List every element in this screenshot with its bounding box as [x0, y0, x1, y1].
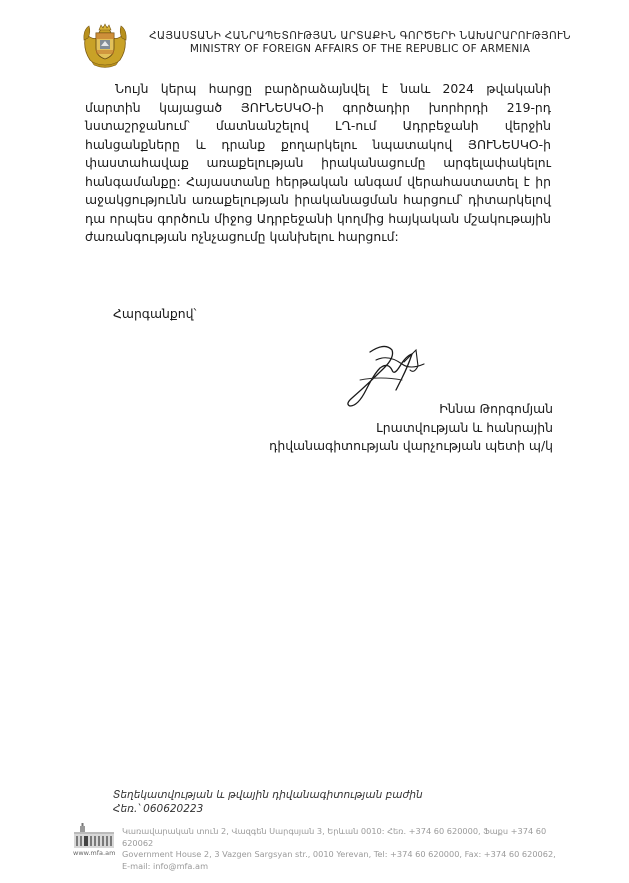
- ministry-title-armenian: ՀԱՅԱՍՏԱՆԻ ՀԱՆՐԱՊԵՏՈՒԹՅԱՆ ԱՐՏԱՔԻՆ ԳՈՐԾԵՐԻ…: [140, 30, 580, 42]
- address-armenian: Կառավարական տուն 2, Վազգեն Սարգսյան 3, Ե…: [122, 826, 562, 849]
- ministry-title-english: MINISTRY OF FOREIGN AFFAIRS OF THE REPUB…: [140, 43, 580, 55]
- letterhead: ՀԱՅԱՍՏԱՆԻ ՀԱՆՐԱՊԵՏՈՒԹՅԱՆ ԱՐՏԱՔԻՆ ԳՈՐԾԵՐԻ…: [80, 20, 580, 70]
- signer-block: Իննա Թորգոմյան Լրատվության և հանրային դի…: [269, 400, 553, 456]
- executor-info: Տեղեկատվության և թվային դիվանագիտության …: [113, 788, 423, 816]
- website-label: www.mfa.am: [73, 849, 115, 857]
- armenia-coat-of-arms-icon: [80, 20, 130, 70]
- signer-name: Իննա Թորգոմյան: [269, 400, 553, 419]
- ministry-header: ՀԱՅԱՍՏԱՆԻ ՀԱՆՐԱՊԵՏՈՒԹՅԱՆ ԱՐՏԱՔԻՆ ԳՈՐԾԵՐԻ…: [140, 30, 580, 55]
- body-paragraph: Նույն կերպ հարցը բարձրաձայնվել է նաև 202…: [85, 80, 551, 247]
- signer-title-line1: Լրատվության և հանրային: [269, 419, 553, 438]
- signer-title-line2: դիվանագիտության վարչության պետի պ/կ: [269, 437, 553, 456]
- executor-department: Տեղեկատվության և թվային դիվանագիտության …: [113, 788, 423, 802]
- letter-body: Նույն կերպ հարցը բարձրաձայնվել է նաև 202…: [85, 80, 551, 247]
- address-english: Government House 2, 3 Vazgen Sargsyan st…: [122, 849, 562, 872]
- closing-salutation: Հարգանքով՝: [113, 306, 196, 321]
- footer-address: Կառավարական տուն 2, Վազգեն Սարգսյան 3, Ե…: [122, 826, 562, 872]
- executor-phone: Հեռ.՝ 060620223: [113, 802, 423, 816]
